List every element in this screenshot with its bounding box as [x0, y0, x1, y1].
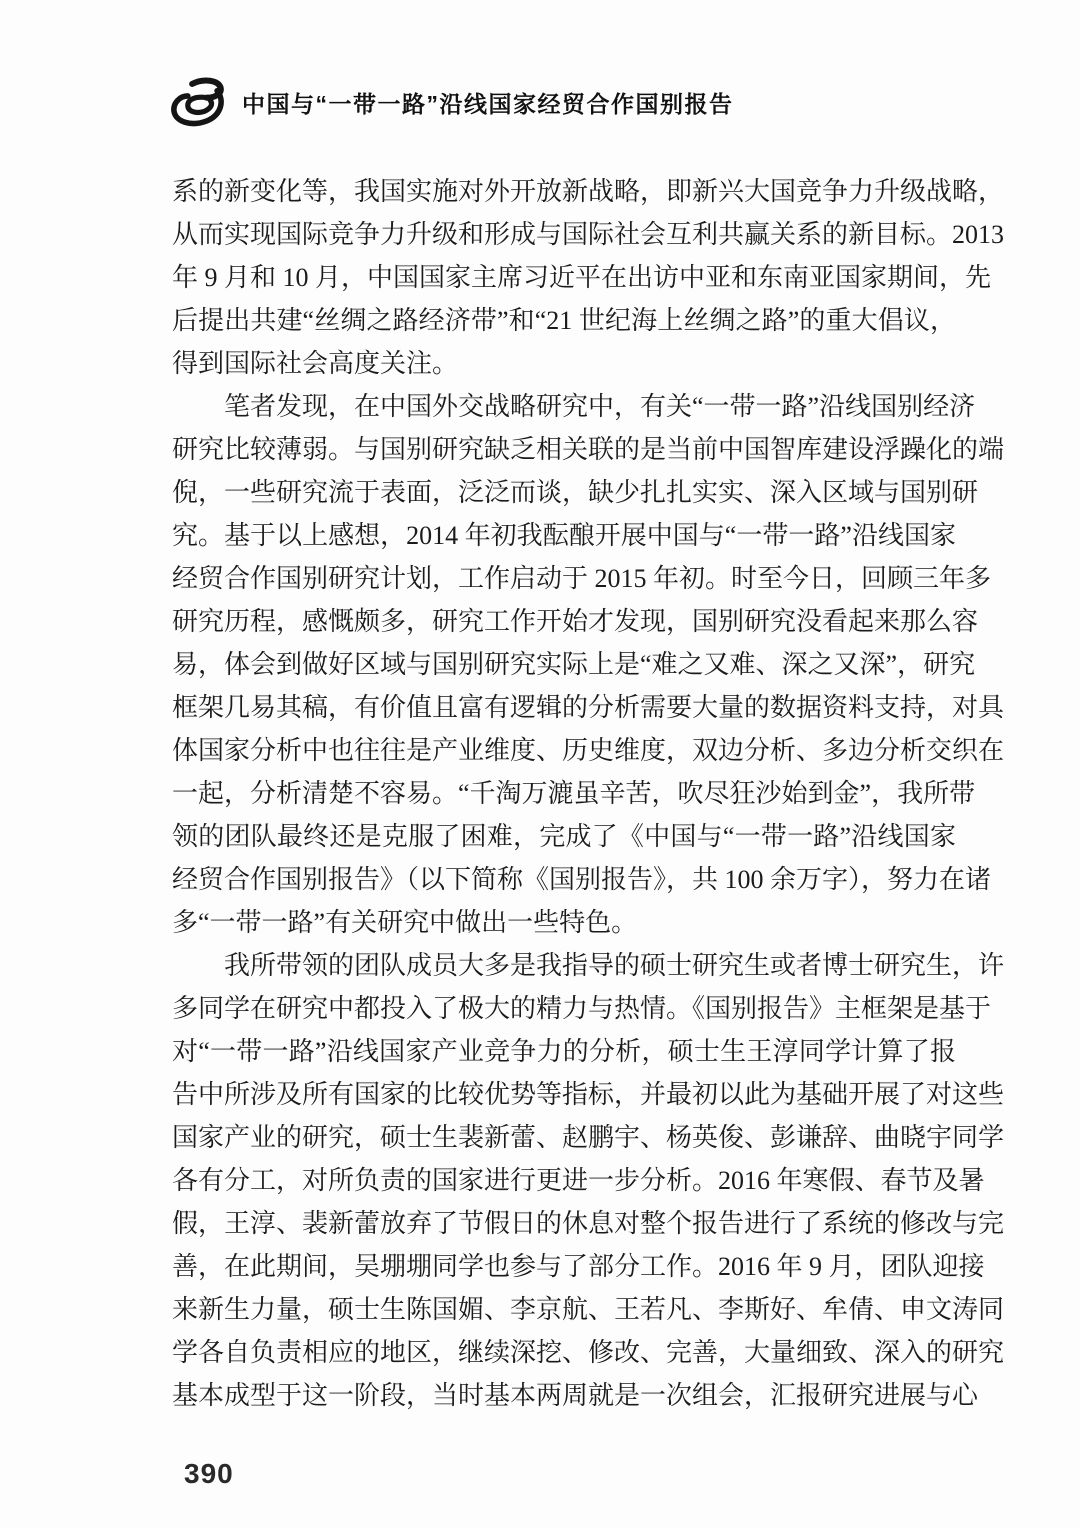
text-line: 系的新变化等，我国实施对外开放新战略，即新兴大国竞争力升级战略， [172, 170, 956, 213]
text-line: 各有分工，对所负责的国家进行更进一步分析。2016 年寒假、春节及暑 [172, 1159, 956, 1202]
text-line: 告中所涉及所有国家的比较优势等指标，并最初以此为基础开展了对这些 [172, 1073, 956, 1116]
text-line: 经贸合作国别研究计划，工作启动于 2015 年初。时至今日，回顾三年多 [172, 557, 956, 600]
text-line: 从而实现国际竞争力升级和形成与国际社会互利共赢关系的新目标。2013 [172, 213, 956, 256]
text-line: 国家产业的研究，硕士生裴新蕾、赵鹏宇、杨英俊、彭谦辞、曲晓宇同学 [172, 1116, 956, 1159]
text-line: 多同学在研究中都投入了极大的精力与热情。《国别报告》主框架是基于 [172, 987, 956, 1030]
text-line: 我所带领的团队成员大多是我指导的硕士研究生或者博士研究生，许 [172, 944, 956, 987]
text-line: 研究比较薄弱。与国别研究缺乏相关联的是当前中国智库建设浮躁化的端 [172, 428, 956, 471]
text-line: 后提出共建“丝绸之路经济带”和“21 世纪海上丝绸之路”的重大倡议， [172, 299, 956, 342]
text-line: 来新生力量，硕士生陈国媚、李京航、王若凡、李斯好、牟倩、申文涛同 [172, 1288, 956, 1331]
text-line: 研究历程，感慨颇多，研究工作开始才发现，国别研究没看起来那么容 [172, 600, 956, 643]
text-line: 领的团队最终还是克服了困难，完成了《中国与“一带一路”沿线国家 [172, 815, 956, 858]
text-line: 框架几易其稿，有价值且富有逻辑的分析需要大量的数据资料支持，对具 [172, 686, 956, 729]
header-title: 中国与“一带一路”沿线国家经贸合作国别报告 [242, 86, 734, 119]
text-line: 易，体会到做好区域与国别研究实际上是“难之又难、深之又深”，研究 [172, 643, 956, 686]
body-text: 系的新变化等，我国实施对外开放新战略，即新兴大国竞争力升级战略，从而实现国际竞争… [172, 170, 956, 1417]
text-line: 一起，分析清楚不容易。“千淘万漉虽辛苦，吹尽狂沙始到金”，我所带 [172, 772, 956, 815]
text-line: 多“一带一路”有关研究中做出一些特色。 [172, 901, 956, 944]
text-line: 笔者发现，在中国外交战略研究中，有关“一带一路”沿线国别经济 [172, 385, 956, 428]
text-line: 对“一带一路”沿线国家产业竞争力的分析，硕士生王淳同学计算了报 [172, 1030, 956, 1073]
text-line: 得到国际社会高度关注。 [172, 342, 956, 385]
text-line: 学各自负责相应的地区，继续深挖、修改、完善，大量细致、深入的研究 [172, 1331, 956, 1374]
text-line: 年 9 月和 10 月，中国国家主席习近平在出访中亚和东南亚国家期间，先 [172, 256, 956, 299]
text-line: 究。基于以上感想，2014 年初我酝酿开展中国与“一带一路”沿线国家 [172, 514, 956, 557]
text-line: 善，在此期间，吴堋堋同学也参与了部分工作。2016 年 9 月，团队迎接 [172, 1245, 956, 1288]
text-line: 假，王淳、裴新蕾放弃了节假日的休息对整个报告进行了系统的修改与完 [172, 1202, 956, 1245]
page-number: 390 [184, 1458, 234, 1490]
text-line: 基本成型于这一阶段，当时基本两周就是一次组会，汇报研究进展与心 [172, 1374, 956, 1417]
book-page: 中国与“一带一路”沿线国家经贸合作国别报告 系的新变化等，我国实施对外开放新战略… [0, 0, 1080, 1528]
page-header: 中国与“一带一路”沿线国家经贸合作国别报告 [168, 76, 958, 128]
text-line: 倪，一些研究流于表面，泛泛而谈，缺少扎扎实实、深入区域与国别研 [172, 471, 956, 514]
text-line: 体国家分析中也往往是产业维度、历史维度，双边分析、多边分析交织在 [172, 729, 956, 772]
text-line: 经贸合作国别报告》（以下简称《国别报告》，共 100 余万字），努力在诸 [172, 858, 956, 901]
publisher-logo-icon [168, 76, 230, 128]
